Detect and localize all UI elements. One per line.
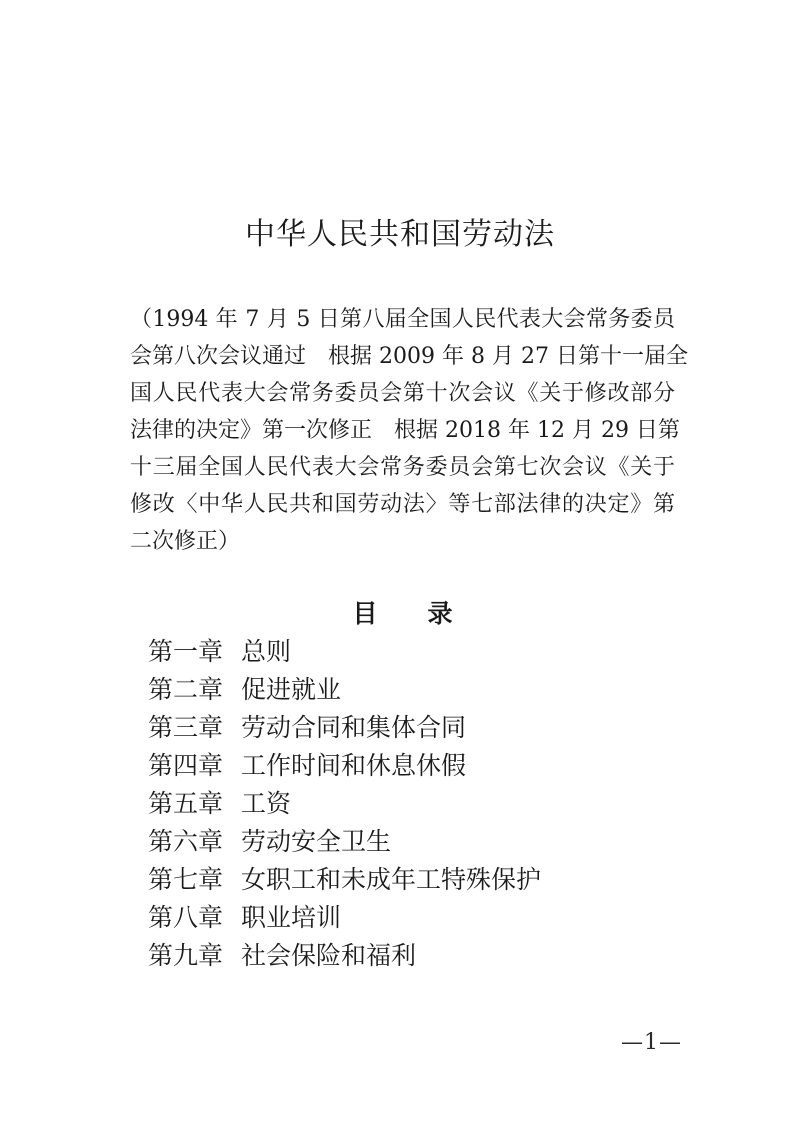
toc-chapter-label: 第九章 (148, 937, 223, 975)
document-title: 中华人民共和国劳动法 (0, 218, 800, 252)
toc-entry-chapter-5: 第五章工资 (148, 785, 541, 823)
toc-chapter-label: 第三章 (148, 709, 223, 747)
toc-chapter-title: 工资 (241, 789, 291, 818)
enactment-note-line: 二次修正） (130, 523, 675, 560)
toc-chapter-label: 第四章 (148, 747, 223, 785)
toc-chapter-label: 第二章 (148, 671, 223, 709)
toc-chapter-label: 第五章 (148, 785, 223, 823)
enactment-note-line: 法律的决定》第一次修正 根据 2018 年 12 月 29 日第 (130, 412, 675, 449)
table-of-contents: 第一章总则 第二章促进就业 第三章劳动合同和集体合同 第四章工作时间和休息休假 … (148, 633, 541, 975)
enactment-note-line: 国人民代表大会常务委员会第十次会议《关于修改部分 (130, 375, 675, 412)
enactment-note-line: 修改〈中华人民共和国劳动法〉等七部法律的决定》第 (130, 486, 675, 523)
toc-chapter-title: 劳动安全卫生 (241, 827, 391, 856)
toc-entry-chapter-2: 第二章促进就业 (148, 671, 541, 709)
toc-entry-chapter-8: 第八章职业培训 (148, 899, 541, 937)
toc-entry-chapter-3: 第三章劳动合同和集体合同 (148, 709, 541, 747)
toc-chapter-title: 职业培训 (241, 903, 341, 932)
toc-chapter-title: 女职工和未成年工特殊保护 (241, 865, 541, 894)
enactment-note-line: 会第八次会议通过 根据 2009 年 8 月 27 日第十一届全 (130, 338, 675, 375)
enactment-note-line: 十三届全国人民代表大会常务委员会第七次会议《关于 (130, 449, 675, 486)
toc-chapter-title: 劳动合同和集体合同 (241, 713, 466, 742)
toc-chapter-title: 工作时间和休息休假 (241, 751, 466, 780)
toc-chapter-label: 第六章 (148, 823, 223, 861)
toc-chapter-title: 促进就业 (241, 675, 341, 704)
toc-entry-chapter-6: 第六章劳动安全卫生 (148, 823, 541, 861)
document-page: 中华人民共和国劳动法 （1994 年 7 月 5 日第八届全国人民代表大会常务委… (0, 0, 800, 1132)
page-number: —1— (621, 1031, 682, 1055)
toc-entry-chapter-7: 第七章女职工和未成年工特殊保护 (148, 861, 541, 899)
toc-entry-chapter-1: 第一章总则 (148, 633, 541, 671)
toc-heading: 目 录 (130, 598, 675, 630)
toc-chapter-title: 总则 (241, 637, 291, 666)
toc-entry-chapter-4: 第四章工作时间和休息休假 (148, 747, 541, 785)
toc-entry-chapter-9: 第九章社会保险和福利 (148, 937, 541, 975)
enactment-note-line: （1994 年 7 月 5 日第八届全国人民代表大会常务委员 (130, 301, 675, 338)
enactment-note: （1994 年 7 月 5 日第八届全国人民代表大会常务委员 会第八次会议通过 … (130, 301, 675, 560)
toc-chapter-label: 第一章 (148, 633, 223, 671)
toc-chapter-label: 第七章 (148, 861, 223, 899)
toc-chapter-title: 社会保险和福利 (241, 941, 416, 970)
toc-chapter-label: 第八章 (148, 899, 223, 937)
